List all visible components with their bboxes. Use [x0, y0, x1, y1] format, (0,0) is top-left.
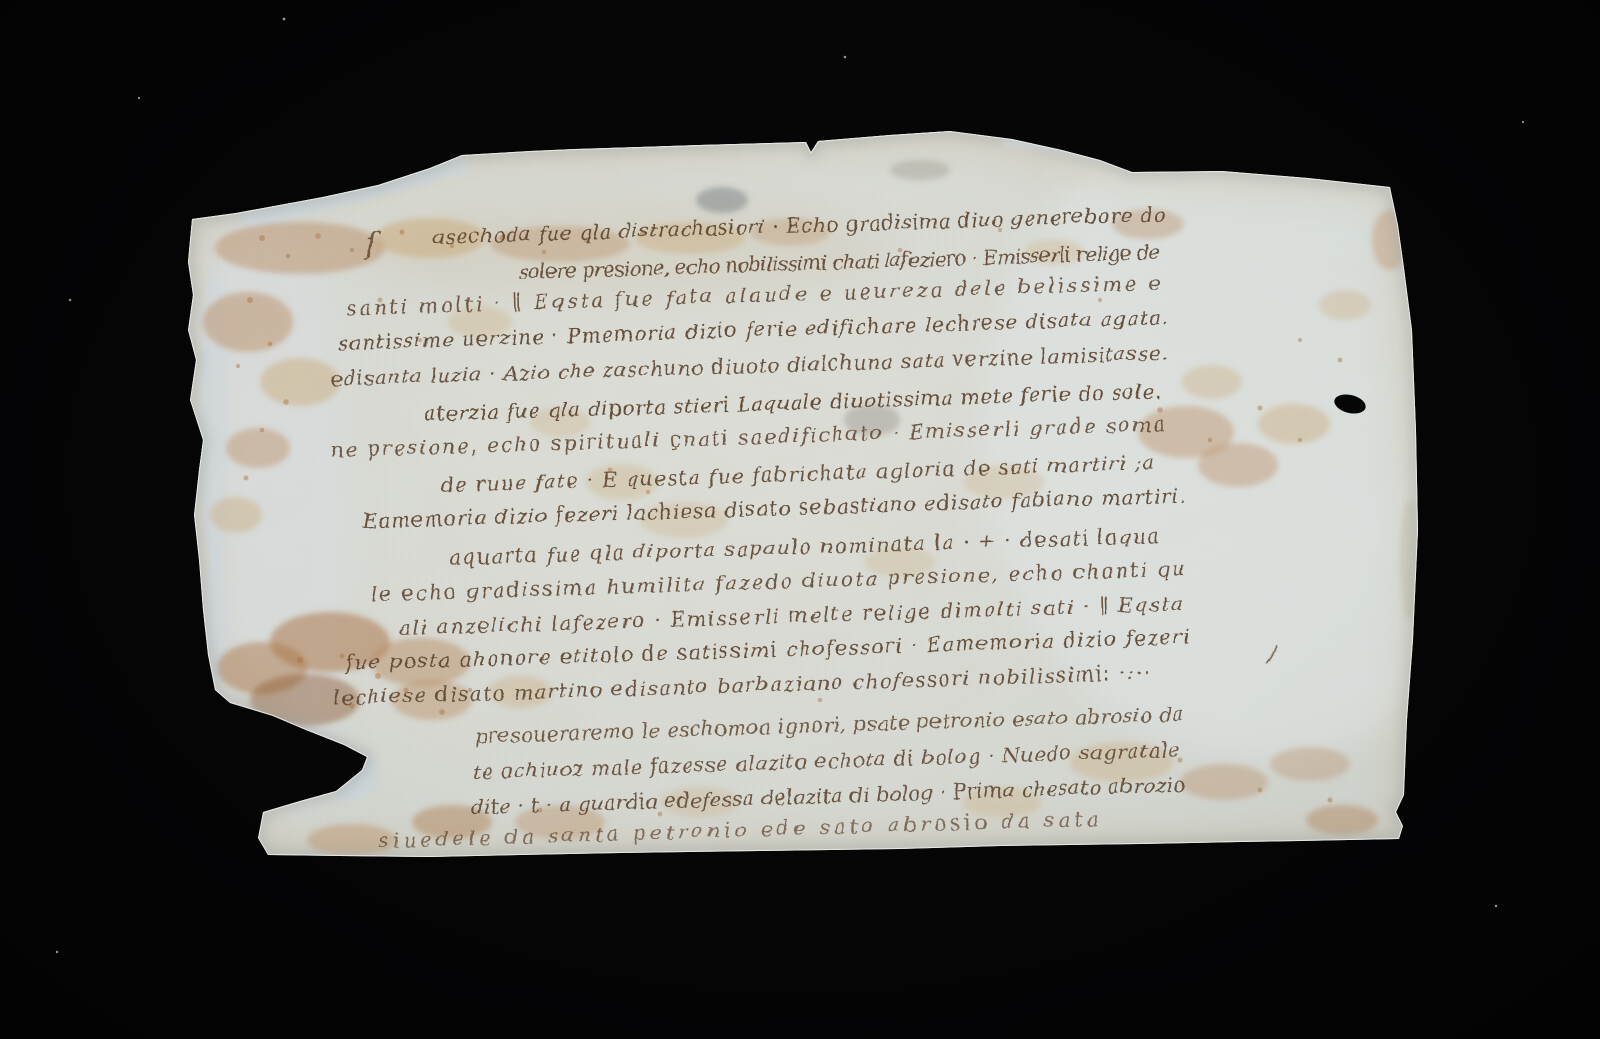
manuscript-paper: ſ asechoda fue qla distrachasiori · Echo… — [150, 100, 1540, 900]
photograph-background: ſ asechoda fue qla distrachasiori · Echo… — [0, 0, 1600, 1039]
manuscript-photo: ſ asechoda fue qla distrachasiori · Echo… — [0, 0, 1600, 1039]
